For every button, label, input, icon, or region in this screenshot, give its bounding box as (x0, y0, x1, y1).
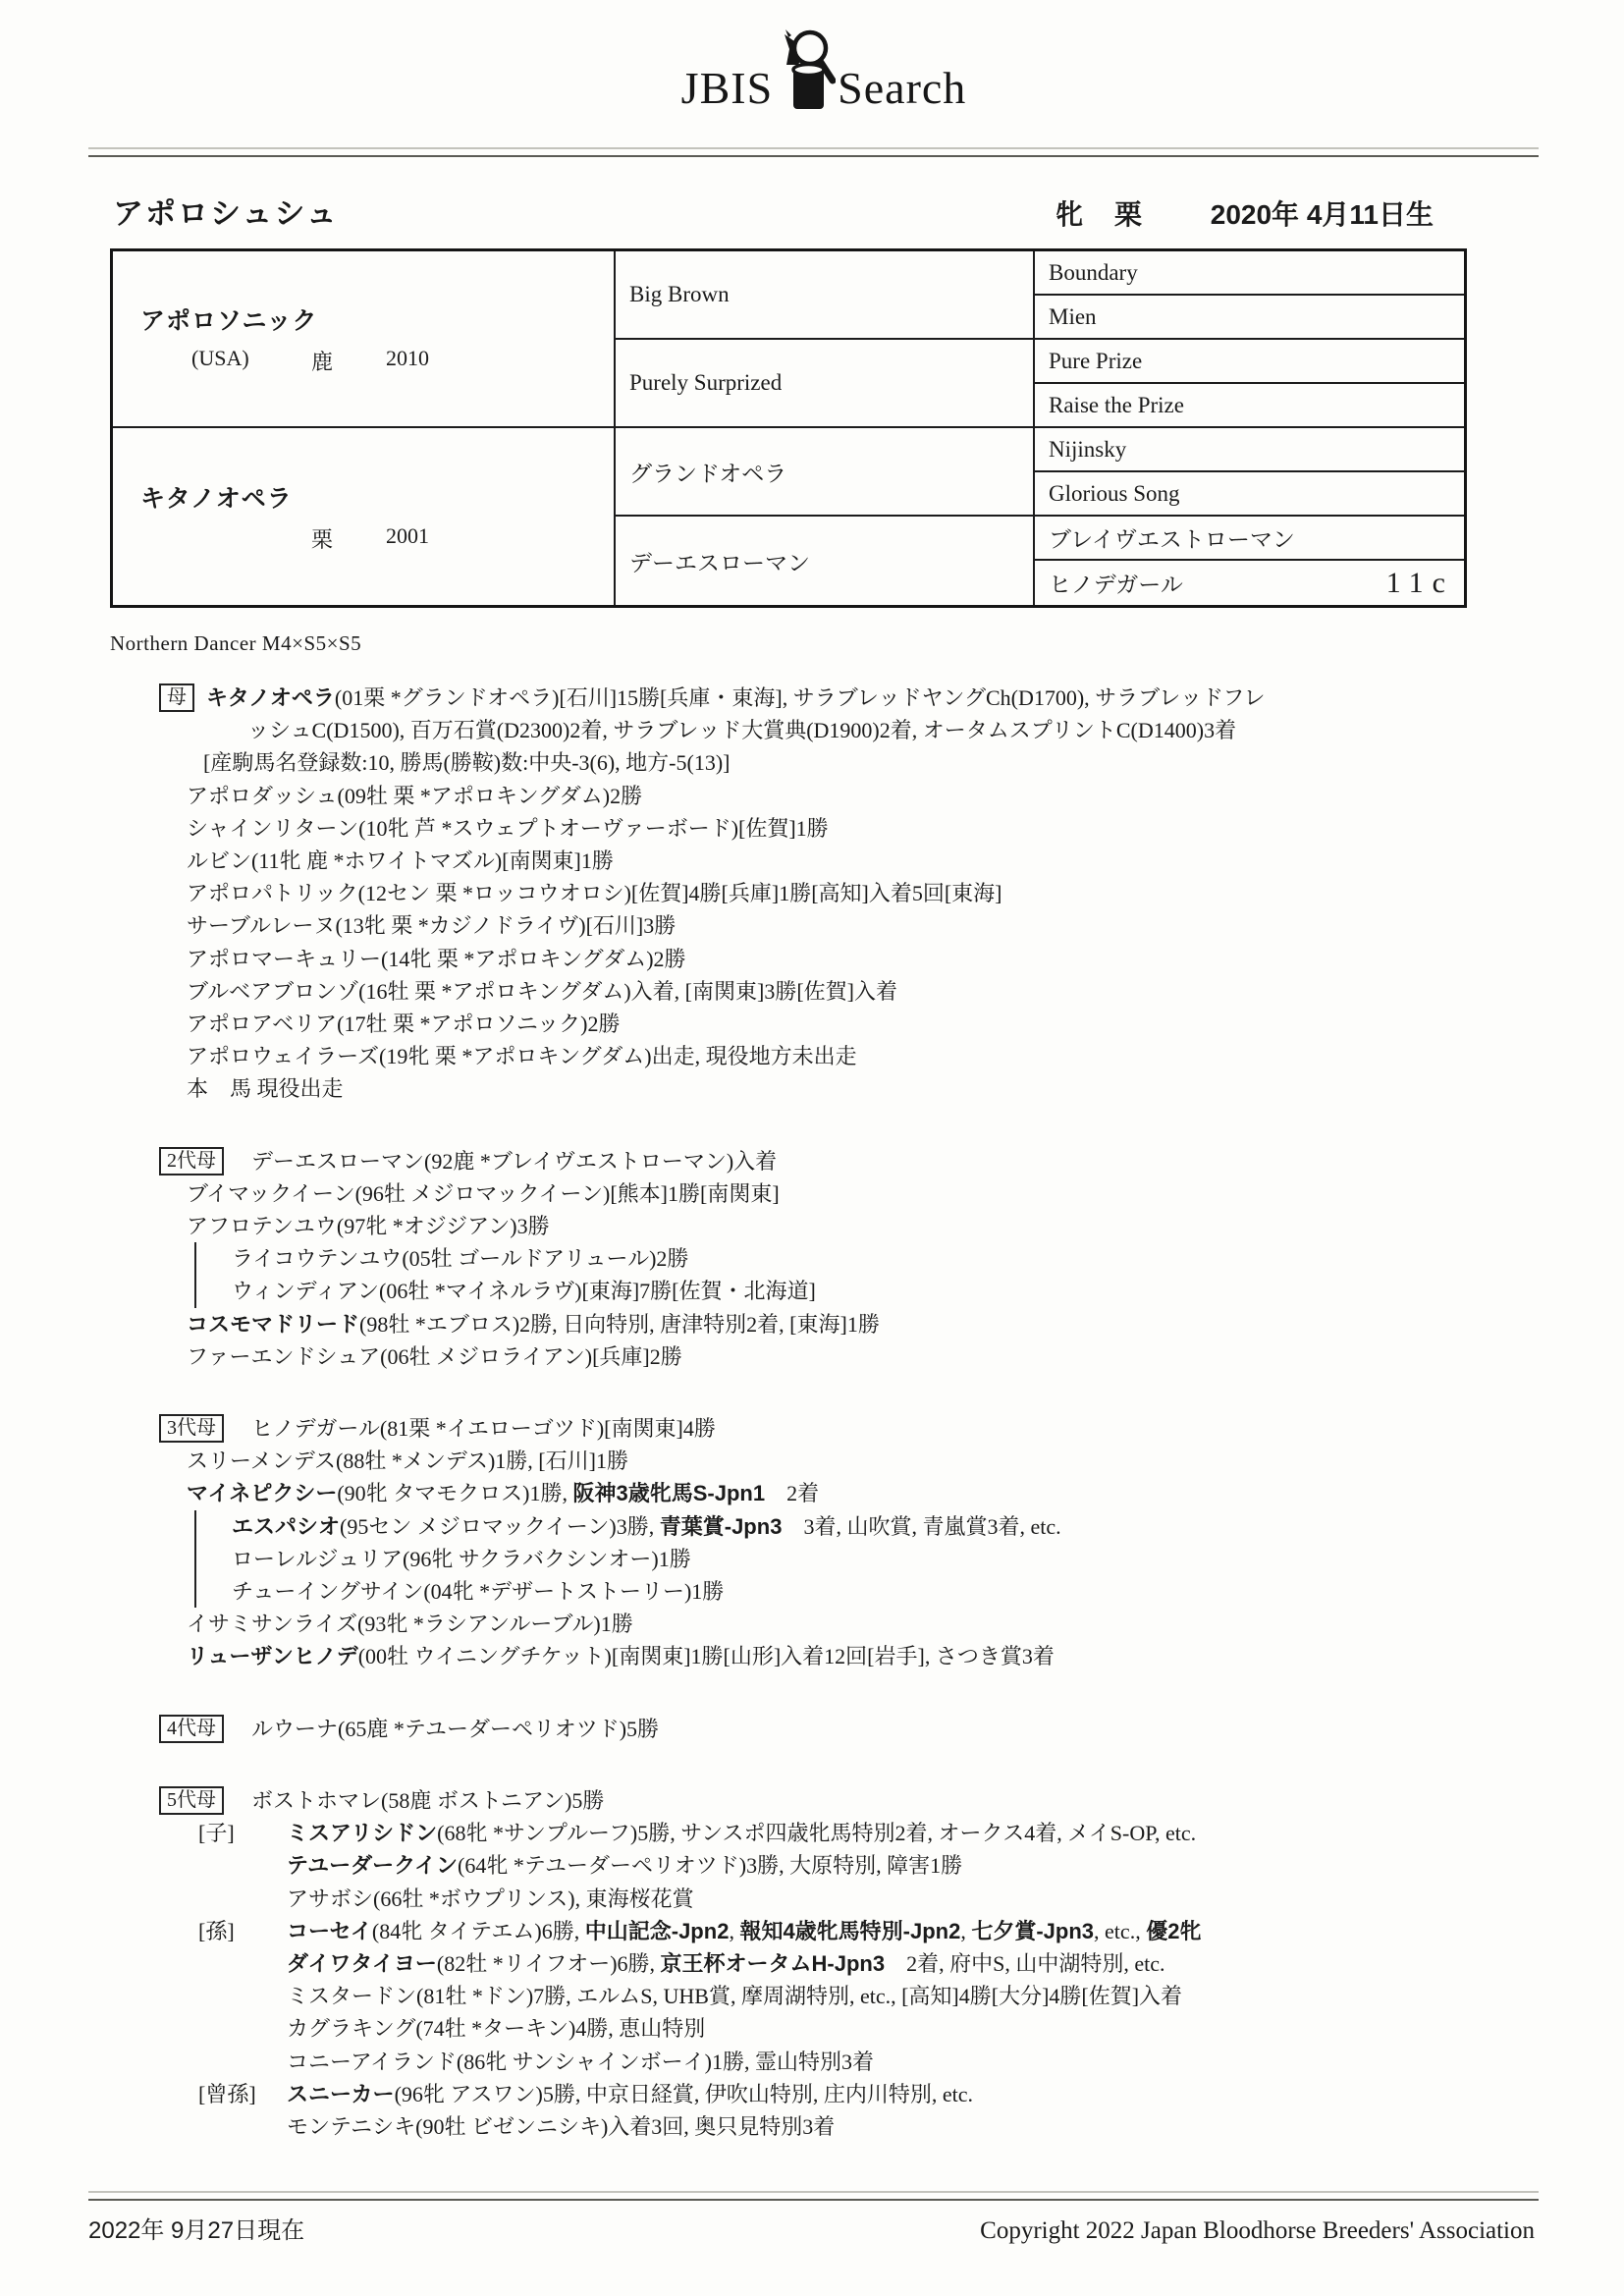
gen3-cell: Raise the Prize (1035, 384, 1464, 428)
sire-coat: 鹿 (311, 346, 386, 376)
horse-name: アポロシュシュ (113, 189, 339, 233)
line-text: サーブルレーヌ(13牝 栗 *カジノドライヴ)[石川]3勝 (187, 909, 676, 942)
pedigree-line: イサミサンライズ(93牝 *ラシアンルーブル)1勝 (88, 1608, 1561, 1640)
line-text: コーセイ(84牝 タイテエム)6勝, 中山記念-Jpn2, 報知4歳牝馬特別-J… (287, 1915, 1201, 1947)
line-text: ダイワタイヨー(82牡 *リイフオー)6勝, 京王杯オータムH-Jpn3 2着,… (287, 1947, 1164, 1980)
line-text: ルビン(11牝 鹿 *ホワイトマズル)[南関東]1勝 (187, 845, 614, 877)
dam-sire-cell: グランドオペラ (616, 428, 1035, 517)
pedigree-report-page: JBIS Search アポロシュシュ 牝 栗 2020年 4月11日生 アポロ… (0, 0, 1624, 2296)
pedigree-line: アフロテンユウ(97牝 *オジジアン)3勝 (88, 1210, 1561, 1242)
gen3-cell: Boundary (1035, 251, 1464, 296)
line-text: デーエスローマン(92鹿 *ブレイヴエストローマン)入着 (251, 1145, 777, 1177)
line-text: ルウーナ(65鹿 *テユーダーペリオツド)5勝 (251, 1713, 659, 1745)
pedigree-line: コニーアイランド(86牝 サンシャインボーイ)1勝, 霊山特別3着 (88, 2046, 1561, 2078)
female-family-sections: 母キタノオペラ(01栗 *グランドオペラ)[石川]15勝[兵庫・東海], サラブ… (88, 682, 1561, 2182)
copyright-text: Copyright 2022 Japan Bloodhorse Breeders… (980, 2217, 1535, 2245)
gen3-cell: Mien (1035, 296, 1464, 340)
pedigree-line: ファーエンドシュア(06牡 メジロライアン)[兵庫]2勝 (88, 1340, 1561, 1373)
line-text: [産駒馬名登録数:10, 勝馬(勝鞍)数:中央-3(6), 地方-5(13)] (203, 746, 731, 779)
pedigree-line: シャインリターン(10牝 芦 *スウェプトオーヴァーボード)[佐賀]1勝 (88, 812, 1561, 845)
pedigree-table: アポロソニック (USA) 鹿 2010 キタノオペラ 栗 2001 Big B… (110, 248, 1467, 608)
line-text: カグラキング(74牡 *ターキン)4勝, 恵山特別 (287, 2012, 705, 2045)
inbreeding-note: Northern Dancer M4×S5×S5 (110, 631, 361, 656)
pedigree-line: コスモマドリード(98牡 *エブロス)2勝, 日向特別, 唐津特別2着, [東海… (88, 1308, 1561, 1340)
horse-summary: 牝 栗 2020年 4月11日生 (1056, 193, 1434, 233)
dam-name: キタノオペラ (140, 479, 293, 515)
line-text: アポロウェイラーズ(19牝 栗 *アポロキングダム)出走, 現役地方未出走 (187, 1040, 857, 1072)
dam-detail: 栗 2001 (140, 523, 429, 554)
line-text: アポロパトリック(12セン 栗 *ロッコウオロシ)[佐賀]4勝[兵庫]1勝[高知… (187, 877, 1002, 909)
pedigree-line: 2代母デーエスローマン(92鹿 *ブレイヴエストローマン)入着 (88, 1145, 1561, 1177)
sire-name: アポロソニック (140, 301, 318, 337)
kinship-label: [子] (198, 1817, 287, 1849)
line-text: キタノオペラ(01栗 *グランドオペラ)[石川]15勝[兵庫・東海], サラブレ… (206, 682, 1266, 714)
line-text: アフロテンユウ(97牝 *オジジアン)3勝 (187, 1210, 550, 1242)
pedigree-line: ブルベアブロンゾ(16牡 栗 *アポロキングダム)入着, [南関東]3勝[佐賀]… (88, 975, 1561, 1008)
pedigree-line: アポロマーキュリー(14牝 栗 *アポロキングダム)2勝 (88, 943, 1561, 975)
pedigree-line: テユーダークイン(64牝 *テユーダーペリオツド)3勝, 大原特別, 障害1勝 (88, 1849, 1561, 1882)
pedigree-line: アポロアベリア(17牡 栗 *アポロソニック)2勝 (88, 1008, 1561, 1040)
line-text: ローレルジュリア(96牝 サクラバクシンオー)1勝 (232, 1543, 691, 1575)
offspring-subgroup: ライコウテンユウ(05牡 ゴールドアリュール)2勝ウィンディアン(06牡 *マイ… (194, 1242, 1561, 1307)
pedigree-line: チューイングサイン(04牝 *デザートストーリー)1勝 (232, 1575, 1561, 1608)
pedigree-line: 5代母ボストホマレ(58鹿 ボストニアン)5勝 (88, 1784, 1561, 1817)
line-text: スニーカー(96牝 アスワン)5勝, 中京日経賞, 伊吹山特別, 庄内川特別, … (287, 2078, 973, 2110)
line-text: モンテニシキ(90牡 ビゼンニシキ)入着3回, 奥只見特別3着 (287, 2110, 835, 2143)
gen3-cell-with-family-number: ヒノデガール 11c (1035, 561, 1464, 605)
sire-year: 2010 (386, 346, 429, 376)
sire-cell: アポロソニック (USA) 鹿 2010 (113, 251, 616, 428)
as-of-date: 2022年 9月27日現在 (88, 2211, 304, 2245)
gen3-cell: Nijinsky (1035, 428, 1464, 472)
pedigree-line: アポロダッシュ(09牡 栗 *アポロキングダム)2勝 (88, 780, 1561, 812)
pedigree-line: 本 馬 現役出走 (88, 1072, 1561, 1105)
line-text: ブイマックイーン(96牡 メジロマックイーン)[熊本]1勝[南関東] (187, 1177, 780, 1210)
pedigree-line: 3代母ヒノデガール(81栗 *イエローゴツド)[南関東]4勝 (88, 1412, 1561, 1445)
pedigree-line: [産駒馬名登録数:10, 勝馬(勝鞍)数:中央-3(6), 地方-5(13)] (88, 746, 1561, 779)
logo-text-jbis: JBIS (681, 66, 773, 117)
pedigree-line: ッシュC(D1500), 百万石賞(D2300)2着, サラブレッド大賞典(D1… (88, 714, 1561, 746)
dam-origin (191, 523, 311, 554)
line-text: アポロアベリア(17牡 栗 *アポロソニック)2勝 (187, 1008, 620, 1040)
logo-text-search: Search (838, 66, 966, 117)
gen3-cell: ブレイヴエストローマン (1035, 517, 1464, 561)
line-text: ヒノデガール(81栗 *イエローゴツド)[南関東]4勝 (251, 1412, 716, 1445)
pedigree-line: [子]ミスアリシドン(68牝 *サンプルーフ)5勝, サンスポ四歳牝馬特別2着,… (88, 1817, 1561, 1849)
pedigree-line: ローレルジュリア(96牝 サクラバクシンオー)1勝 (232, 1543, 1561, 1575)
dam-year: 2001 (386, 523, 429, 554)
dam-cell: キタノオペラ 栗 2001 (113, 428, 616, 605)
pedigree-section: 5代母ボストホマレ(58鹿 ボストニアン)5勝[子]ミスアリシドン(68牝 *サ… (88, 1784, 1561, 2143)
pedigree-line: 母キタノオペラ(01栗 *グランドオペラ)[石川]15勝[兵庫・東海], サラブ… (88, 682, 1561, 714)
line-text: テユーダークイン(64牝 *テユーダーペリオツド)3勝, 大原特別, 障害1勝 (287, 1849, 962, 1882)
line-text: 本 馬 現役出走 (187, 1072, 344, 1105)
sire-sire-cell: Big Brown (616, 251, 1035, 340)
horse-coat: 栗 (1114, 199, 1142, 230)
pedigree-line: アポロパトリック(12セン 栗 *ロッコウオロシ)[佐賀]4勝[兵庫]1勝[高知… (88, 877, 1561, 909)
offspring-subgroup: エスパシオ(95セン メジロマックイーン)3勝, 青葉賞-Jpn3 3着, 山吹… (194, 1510, 1561, 1609)
sire-origin: (USA) (191, 346, 311, 376)
horse-sex: 牝 (1056, 199, 1083, 230)
pedigree-line: ウィンディアン(06牡 *マイネルラヴ)[東海]7勝[佐賀・北海道] (232, 1275, 1561, 1307)
pedigree-section: 3代母ヒノデガール(81栗 *イエローゴツド)[南関東]4勝スリーメンデス(88… (88, 1412, 1561, 1673)
pedigree-line: リューザンヒノデ(00牡 ウイニングチケット)[南関東]1勝[山形]入着12回[… (88, 1640, 1561, 1672)
sire-detail: (USA) 鹿 2010 (140, 346, 429, 376)
generation-label: 4代母 (159, 1715, 224, 1743)
line-text: ファーエンドシュア(06牡 メジロライアン)[兵庫]2勝 (187, 1340, 682, 1373)
line-text: ミスタードン(81牡 *ドン)7勝, エルムS, UHB賞, 摩周湖特別, et… (287, 1980, 1182, 2012)
pedigree-line: [曾孫]スニーカー(96牝 アスワン)5勝, 中京日経賞, 伊吹山特別, 庄内川… (88, 2078, 1561, 2110)
generation-label: 母 (159, 683, 194, 712)
line-text: エスパシオ(95セン メジロマックイーン)3勝, 青葉賞-Jpn3 3着, 山吹… (232, 1510, 1061, 1543)
line-text: アポロマーキュリー(14牝 栗 *アポロキングダム)2勝 (187, 943, 686, 975)
generation-label: 2代母 (159, 1147, 224, 1175)
generation-label: 3代母 (159, 1414, 224, 1443)
pedigree-line: アポロウェイラーズ(19牝 栗 *アポロキングダム)出走, 現役地方未出走 (88, 1040, 1561, 1072)
pedigree-section: 4代母ルウーナ(65鹿 *テユーダーペリオツド)5勝 (88, 1713, 1561, 1745)
line-text: ボストホマレ(58鹿 ボストニアン)5勝 (251, 1784, 604, 1817)
jbis-search-logo: JBIS Search (12, 27, 1624, 117)
pedigree-line: アサボシ(66牡 *ボウプリンス), 東海桜花賞 (88, 1883, 1561, 1915)
sire-dam-cell: Purely Surprized (616, 340, 1035, 428)
gen3-name: ヒノデガール (1049, 567, 1386, 599)
title-row: アポロシュシュ 牝 栗 2020年 4月11日生 (113, 189, 1434, 233)
pedigree-line: マイネピクシー(90牝 タマモクロス)1勝, 阪神3歳牝馬S-Jpn1 2着 (88, 1477, 1561, 1509)
horse-birthdate: 2020年 4月11日生 (1211, 199, 1434, 230)
pedigree-section: 2代母デーエスローマン(92鹿 *ブレイヴエストローマン)入着ブイマックイーン(… (88, 1145, 1561, 1373)
kinship-label: [孫] (198, 1915, 287, 1947)
pedigree-line: エスパシオ(95セン メジロマックイーン)3勝, 青葉賞-Jpn3 3着, 山吹… (232, 1510, 1561, 1543)
family-number: 11c (1386, 567, 1464, 600)
pedigree-section: 母キタノオペラ(01栗 *グランドオペラ)[石川]15勝[兵庫・東海], サラブ… (88, 682, 1561, 1106)
line-text: ッシュC(D1500), 百万石賞(D2300)2着, サラブレッド大賞典(D1… (247, 714, 1236, 746)
magnifier-horse-pot-icon (775, 27, 836, 117)
line-text: マイネピクシー(90牝 タマモクロス)1勝, 阪神3歳牝馬S-Jpn1 2着 (187, 1477, 819, 1509)
footer-divider (88, 2191, 1539, 2201)
pedigree-line: ライコウテンユウ(05牡 ゴールドアリュール)2勝 (232, 1242, 1561, 1275)
kinship-label: [曾孫] (198, 2078, 287, 2110)
pedigree-line: サーブルレーヌ(13牝 栗 *カジノドライヴ)[石川]3勝 (88, 909, 1561, 942)
pedigree-line: [孫]コーセイ(84牝 タイテエム)6勝, 中山記念-Jpn2, 報知4歳牝馬特… (88, 1915, 1561, 1947)
gen3-cell: Glorious Song (1035, 472, 1464, 517)
pedigree-line: ルビン(11牝 鹿 *ホワイトマズル)[南関東]1勝 (88, 845, 1561, 877)
pedigree-line: カグラキング(74牡 *ターキン)4勝, 恵山特別 (88, 2012, 1561, 2045)
dam-coat: 栗 (311, 523, 386, 554)
generation-label: 5代母 (159, 1786, 224, 1815)
line-text: ミスアリシドン(68牝 *サンプルーフ)5勝, サンスポ四歳牝馬特別2着, オー… (287, 1817, 1196, 1849)
line-text: コニーアイランド(86牝 サンシャインボーイ)1勝, 霊山特別3着 (287, 2046, 874, 2078)
line-text: チューイングサイン(04牝 *デザートストーリー)1勝 (232, 1575, 724, 1608)
pedigree-line: スリーメンデス(88牡 *メンデス)1勝, [石川]1勝 (88, 1445, 1561, 1477)
gen3-cell: Pure Prize (1035, 340, 1464, 384)
pedigree-line: 4代母ルウーナ(65鹿 *テユーダーペリオツド)5勝 (88, 1713, 1561, 1745)
footer: 2022年 9月27日現在 Copyright 2022 Japan Blood… (88, 2211, 1535, 2245)
line-text: コスモマドリード(98牡 *エブロス)2勝, 日向特別, 唐津特別2着, [東海… (187, 1308, 880, 1340)
header-divider (88, 147, 1539, 157)
line-text: イサミサンライズ(93牝 *ラシアンルーブル)1勝 (187, 1608, 633, 1640)
line-text: ウィンディアン(06牡 *マイネルラヴ)[東海]7勝[佐賀・北海道] (232, 1275, 816, 1307)
pedigree-line: ミスタードン(81牡 *ドン)7勝, エルムS, UHB賞, 摩周湖特別, et… (88, 1980, 1561, 2012)
line-text: アサボシ(66牡 *ボウプリンス), 東海桜花賞 (287, 1883, 694, 1915)
line-text: ライコウテンユウ(05牡 ゴールドアリュール)2勝 (232, 1242, 688, 1275)
line-text: スリーメンデス(88牡 *メンデス)1勝, [石川]1勝 (187, 1445, 628, 1477)
pedigree-line: ブイマックイーン(96牡 メジロマックイーン)[熊本]1勝[南関東] (88, 1177, 1561, 1210)
line-text: アポロダッシュ(09牡 栗 *アポロキングダム)2勝 (187, 780, 642, 812)
line-text: シャインリターン(10牝 芦 *スウェプトオーヴァーボード)[佐賀]1勝 (187, 812, 829, 845)
pedigree-line: モンテニシキ(90牡 ビゼンニシキ)入着3回, 奥只見特別3着 (88, 2110, 1561, 2143)
line-text: リューザンヒノデ(00牡 ウイニングチケット)[南関東]1勝[山形]入着12回[… (187, 1640, 1055, 1672)
line-text: ブルベアブロンゾ(16牡 栗 *アポロキングダム)入着, [南関東]3勝[佐賀]… (187, 975, 897, 1008)
dam-dam-cell: デーエスローマン (616, 517, 1035, 605)
pedigree-line: ダイワタイヨー(82牡 *リイフオー)6勝, 京王杯オータムH-Jpn3 2着,… (88, 1947, 1561, 1980)
